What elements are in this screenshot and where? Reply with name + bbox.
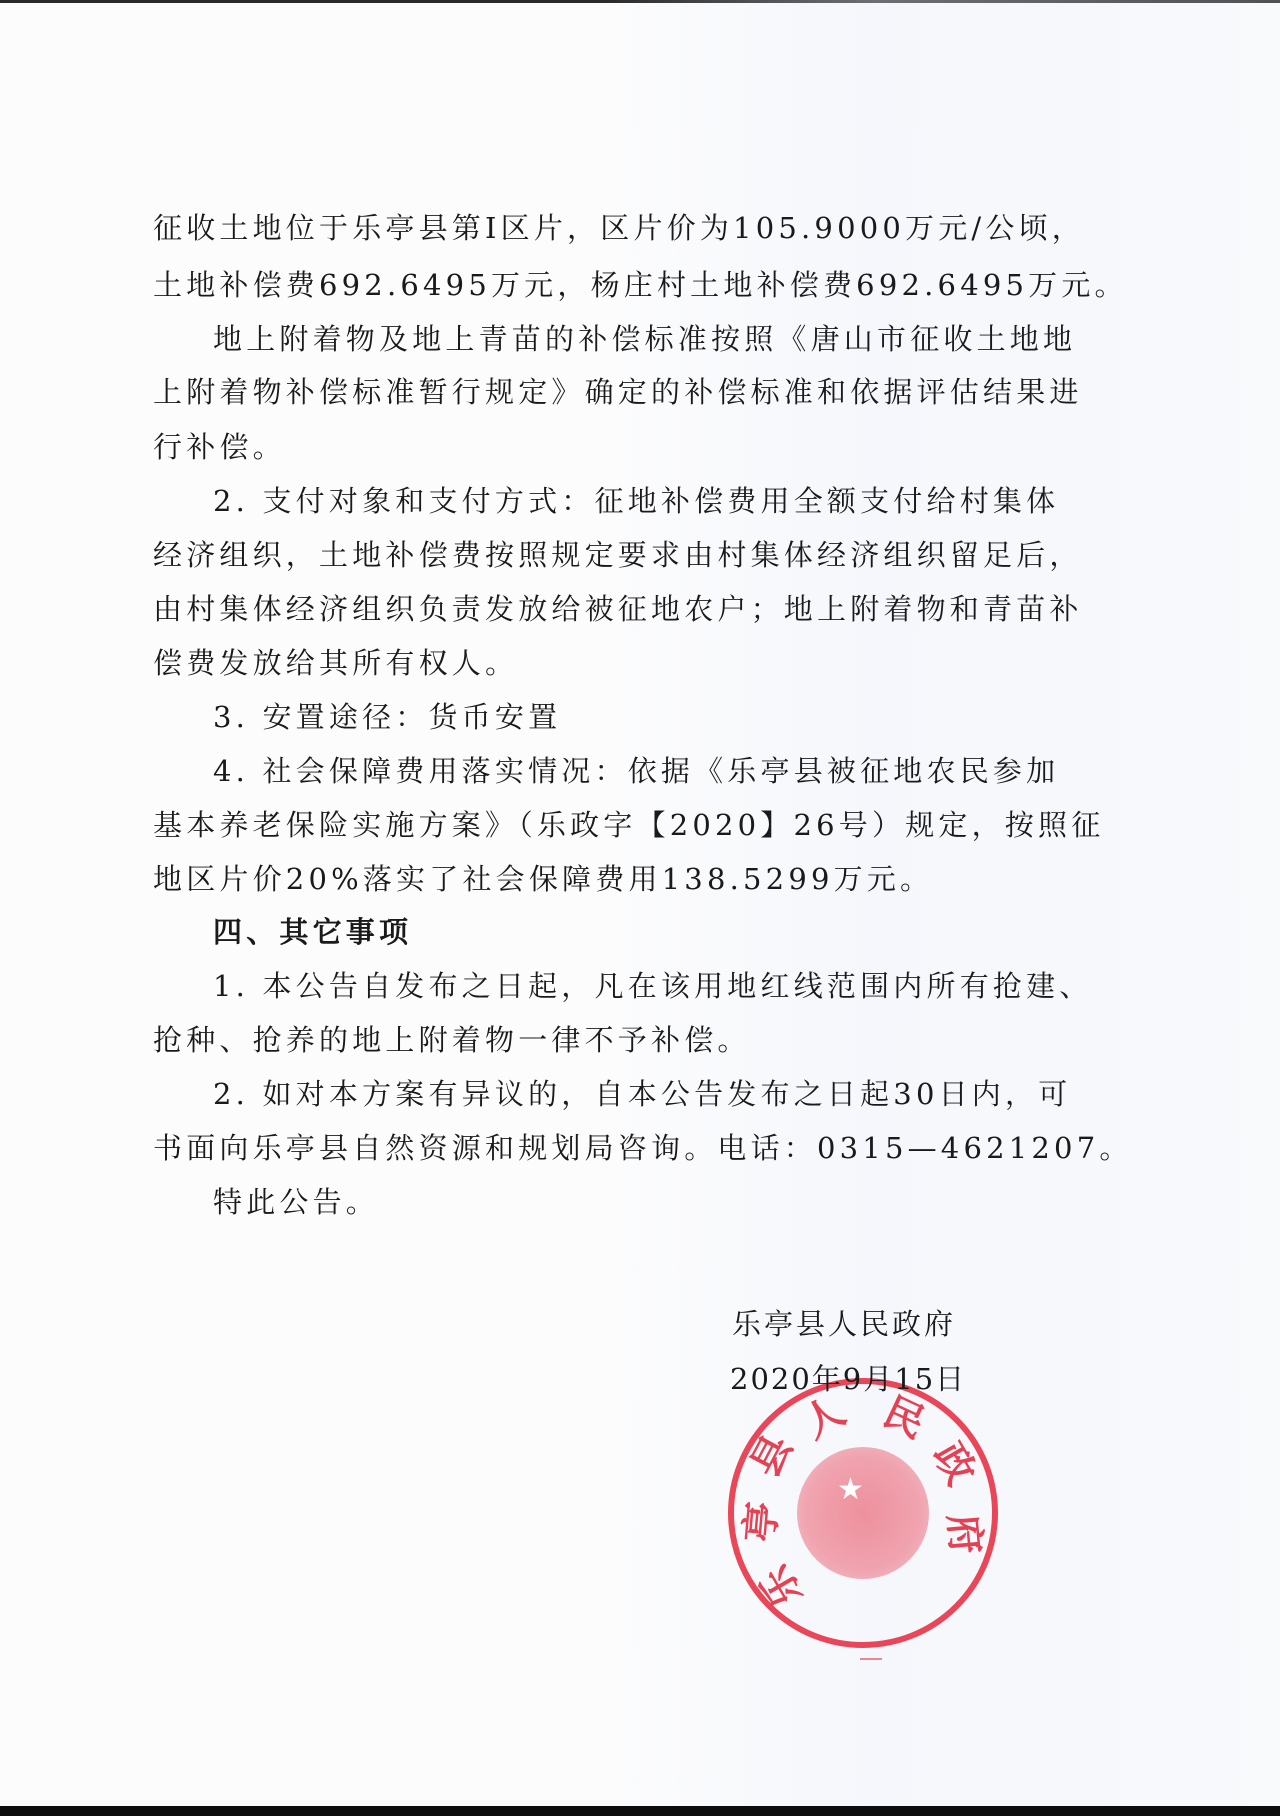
seal-char: 乐 bbox=[755, 1559, 810, 1614]
text-line: 抢种、抢养的地上附着物一律不予补偿。 bbox=[153, 1022, 1133, 1058]
text-line: 由村集体经济组织负责发放给被征地农户；地上附着物和青苗补 bbox=[153, 591, 1133, 627]
text-line: 4. 社会保障费用落实情况：依据《乐亭县被征地农民参加 bbox=[213, 753, 1193, 789]
official-seal: ★ 人 民 政 府 县 亭 乐 bbox=[728, 1378, 998, 1648]
national-emblem: ★ bbox=[797, 1447, 929, 1579]
text-line: 经济组织，土地补偿费按照规定要求由村集体经济组织留足后， bbox=[153, 537, 1133, 573]
text-line: 1. 本公告自发布之日起，凡在该用地红线范围内所有抢建、 bbox=[213, 968, 1193, 1004]
text-line: 2. 支付对象和支付方式：征地补偿费用全额支付给村集体 bbox=[213, 483, 1193, 519]
text-line: 偿费发放给其所有权人。 bbox=[153, 645, 1133, 681]
text-line: 行补偿。 bbox=[153, 429, 1133, 465]
closing-line: 特此公告。 bbox=[213, 1184, 1193, 1220]
seal-char: 县 bbox=[745, 1429, 799, 1483]
seal-mark bbox=[860, 1658, 882, 1660]
text-line: 基本养老保险实施方案》（乐政字【2020】26号）规定，按照征 bbox=[153, 807, 1133, 843]
scan-bottom-edge bbox=[0, 1806, 1280, 1816]
issuer-name: 乐亭县人民政府 bbox=[732, 1306, 956, 1342]
text-line: 书面向乐亭县自然资源和规划局咨询。电话：0315—4621207。 bbox=[153, 1130, 1133, 1166]
document-page: 征收土地位于乐亭县第Ⅰ区片，区片价为105.9000万元/公顷， 土地补偿费69… bbox=[0, 0, 1280, 1816]
text-line: 上附着物补偿标准暂行规定》确定的补偿标准和依据评估结果进 bbox=[153, 374, 1133, 410]
seal-char: 民 bbox=[877, 1391, 930, 1444]
seal-char: 人 bbox=[797, 1391, 852, 1446]
text-line: 2. 如对本方案有异议的，自本公告发布之日起30日内，可 bbox=[213, 1076, 1193, 1112]
text-line: 征收土地位于乐亭县第Ⅰ区片，区片价为105.9000万元/公顷， bbox=[153, 210, 1133, 246]
seal-char: 亭 bbox=[740, 1500, 783, 1543]
seal-char: 政 bbox=[927, 1437, 982, 1492]
star-icon: ★ bbox=[837, 1475, 864, 1505]
section-heading: 四、其它事项 bbox=[213, 914, 1193, 950]
issue-date: 2020年9月15日 bbox=[730, 1361, 966, 1397]
seal-char: 府 bbox=[942, 1512, 985, 1555]
text-line: 土地补偿费692.6495万元，杨庄村土地补偿费692.6495万元。 bbox=[153, 267, 1133, 303]
text-line: 3. 安置途径：货币安置 bbox=[213, 699, 1193, 735]
text-line: 地区片价20%落实了社会保障费用138.5299万元。 bbox=[153, 861, 1133, 897]
text-line: 地上附着物及地上青苗的补偿标准按照《唐山市征收土地地 bbox=[213, 321, 1193, 357]
